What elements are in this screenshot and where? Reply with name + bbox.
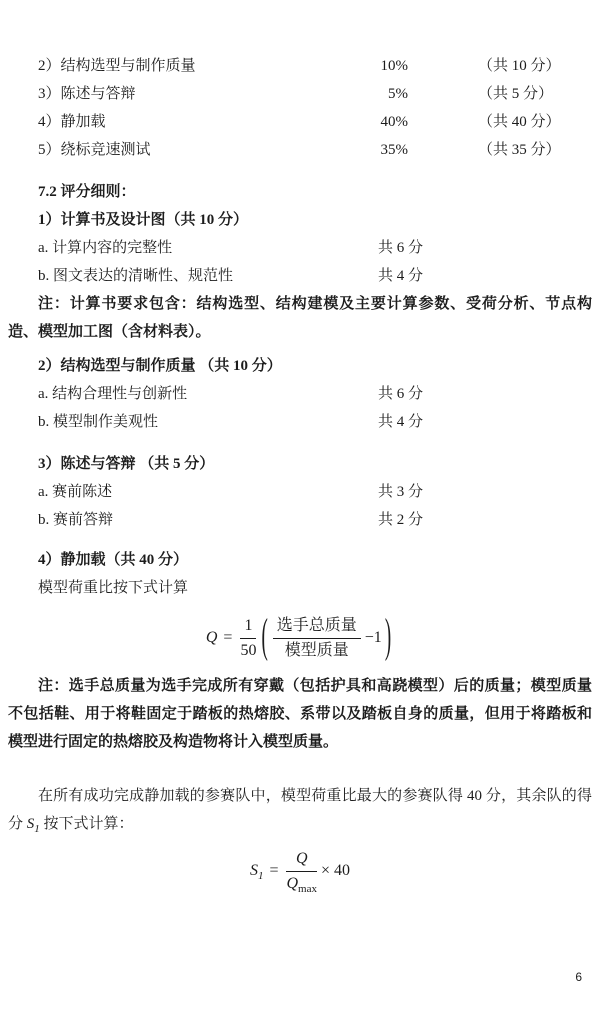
fraction-denominator: 模型质量	[273, 639, 361, 662]
formula-intro: 模型荷重比按下式计算	[8, 574, 592, 602]
weight-row-total: （共 5 分）	[478, 80, 553, 108]
minus-one-term: −1	[365, 627, 382, 649]
weight-row-total: （共 10 分）	[478, 52, 561, 80]
fraction-denominator: 50	[240, 639, 256, 662]
weight-row-label: 5）绕标竞速测试	[8, 136, 353, 164]
subitem-score: 共 4 分	[378, 408, 423, 436]
equals-sign: =	[223, 627, 232, 649]
rule-item-2-title: 2）结构选型与制作质量 （共 10 分）	[8, 352, 592, 380]
scoring-paragraph: 在所有成功完成静加载的参赛队中，模型荷重比最大的参赛队得 40 分，其余队的得分…	[8, 782, 592, 838]
fraction-q-over-qmax: Q Qmax	[286, 848, 317, 894]
fraction-coefficient: 1 50	[240, 615, 256, 661]
formula-load-ratio: Q = 1 50 ( 选手总质量 模型质量 −1 )	[8, 610, 592, 666]
open-paren: (	[261, 606, 267, 670]
equals-sign: =	[269, 860, 278, 882]
subitem-label: a. 结构合理性与创新性	[8, 380, 378, 408]
fraction-numerator: 1	[240, 615, 256, 639]
subitem-score: 共 3 分	[378, 478, 423, 506]
close-paren: )	[385, 606, 391, 670]
formula-q-lhs: Q	[206, 627, 218, 649]
weight-table: 2）结构选型与制作质量 10% （共 10 分） 3）陈述与答辩 5% （共 5…	[8, 52, 592, 164]
subitem-label: b. 模型制作美观性	[8, 408, 378, 436]
weight-row: 4）静加载 40% （共 40 分）	[8, 108, 592, 136]
fraction-numerator: 选手总质量	[273, 615, 361, 639]
fraction-numerator: Q	[286, 848, 317, 872]
section-heading: 7.2 评分细则：	[8, 178, 592, 206]
subitem-score: 共 6 分	[378, 380, 423, 408]
weight-row-percent: 10%	[353, 52, 408, 80]
weight-row-percent: 5%	[353, 80, 408, 108]
paragraph-text: 按下式计算：	[40, 816, 134, 832]
formula-score-s1: S1 = Q Qmax × 40	[8, 840, 592, 902]
weight-row-percent: 35%	[353, 136, 408, 164]
rule-subitem: a. 赛前陈述 共 3 分	[8, 478, 592, 506]
weight-row-label: 4）静加载	[8, 108, 353, 136]
subitem-score: 共 4 分	[378, 262, 423, 290]
page-number: 6	[575, 971, 582, 983]
weight-row-label: 2）结构选型与制作质量	[8, 52, 353, 80]
weight-row-total: （共 35 分）	[478, 136, 561, 164]
subitem-score: 共 2 分	[378, 506, 423, 534]
rule-subitem: a. 计算内容的完整性 共 6 分	[8, 234, 592, 262]
formula-s-lhs: S1	[250, 860, 264, 882]
rule-item-1-title: 1）计算书及设计图（共 10 分）	[8, 206, 592, 234]
rule-item-3-title: 3）陈述与答辩 （共 5 分）	[8, 450, 592, 478]
document-page: 2）结构选型与制作质量 10% （共 10 分） 3）陈述与答辩 5% （共 5…	[0, 0, 600, 1015]
times-40-term: × 40	[321, 860, 350, 882]
subitem-score: 共 6 分	[378, 234, 423, 262]
note-item1: 注：计算书要求包含：结构选型、结构建模及主要计算参数、受荷分析、节点构造、模型加…	[8, 290, 592, 346]
weight-row-label: 3）陈述与答辩	[8, 80, 353, 108]
fraction-mass-ratio: 选手总质量 模型质量	[273, 615, 361, 661]
subitem-label: b. 图文表达的清晰性、规范性	[8, 262, 378, 290]
weight-row: 3）陈述与答辩 5% （共 5 分）	[8, 80, 592, 108]
fraction-denominator: Qmax	[286, 872, 317, 895]
weight-row-percent: 40%	[353, 108, 408, 136]
s1-variable: S1	[27, 816, 40, 832]
subitem-label: a. 计算内容的完整性	[8, 234, 378, 262]
rule-item-4-title: 4）静加载（共 40 分）	[8, 546, 592, 574]
rule-subitem: b. 图文表达的清晰性、规范性 共 4 分	[8, 262, 592, 290]
subitem-label: a. 赛前陈述	[8, 478, 378, 506]
subitem-label: b. 赛前答辩	[8, 506, 378, 534]
weight-row: 2）结构选型与制作质量 10% （共 10 分）	[8, 52, 592, 80]
rule-subitem: a. 结构合理性与创新性 共 6 分	[8, 380, 592, 408]
rule-subitem: b. 赛前答辩 共 2 分	[8, 506, 592, 534]
weight-row-total: （共 40 分）	[478, 108, 561, 136]
rule-subitem: b. 模型制作美观性 共 4 分	[8, 408, 592, 436]
weight-row: 5）绕标竞速测试 35% （共 35 分）	[8, 136, 592, 164]
note-item4: 注：选手总质量为选手完成所有穿戴（包括护具和高跷模型）后的质量；模型质量不包括鞋…	[8, 672, 592, 756]
